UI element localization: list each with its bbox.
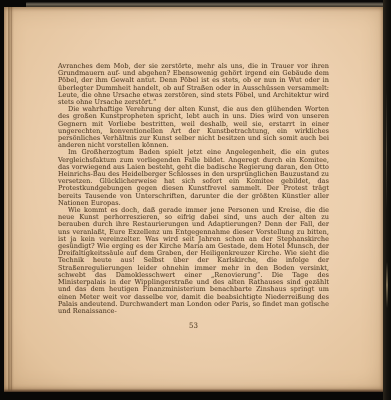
book-scan-photo: Avranches dem Mob, der sie zerstörte, me… (0, 0, 391, 400)
paragraph: Die wahrhaftige Verehrung der alten Kuns… (58, 106, 329, 149)
page-number: 53 (58, 322, 329, 330)
page-crease-line (11, 7, 12, 392)
paragraph: Im Großherzogtum Baden spielt jetzt eine… (58, 149, 329, 207)
edge-highlight-speck (386, 262, 388, 308)
paragraph-continuation: Avranches dem Mob, der sie zerstörte, me… (58, 63, 329, 106)
book-fore-edge-right (383, 0, 391, 400)
paragraph: Wie kommt es doch, daß gerade immer jene… (58, 207, 329, 315)
edge-highlight-speck (386, 90, 387, 210)
page-text-block: Avranches dem Mob, der sie zerstörte, me… (58, 63, 329, 315)
page-bottom-edge (4, 389, 383, 392)
